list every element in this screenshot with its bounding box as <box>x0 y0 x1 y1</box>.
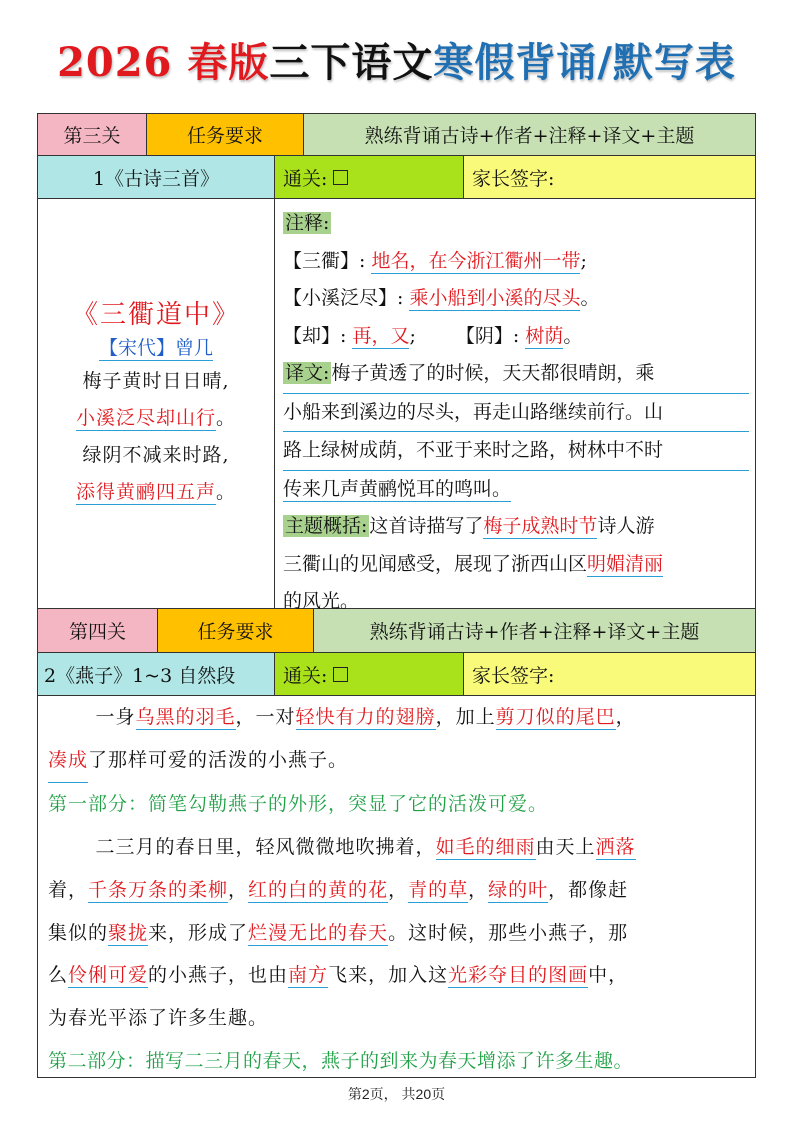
lesson-title: 2《燕子》1~3 自然段 <box>38 653 275 696</box>
poem-dynasty: 【宋代】 <box>99 337 175 361</box>
summary-2: 第二部分：描写二三月的春天，燕子的到来为春天增添了许多生趣。 <box>48 1040 747 1083</box>
paragraph-1: 一身乌黑的羽毛，一对轻快有力的翅膀，加上剪刀似的尾巴，凑成了那样可爱的活泼的小燕… <box>48 696 747 783</box>
level-label: 第三关 <box>38 114 147 156</box>
task-description: 熟练背诵古诗+作者+注释+译文+主题 <box>314 609 755 653</box>
pass-checkbox[interactable] <box>333 170 348 185</box>
translation-line: 传来几声黄鹂悦耳的鸣叫。 <box>283 471 749 509</box>
page-number: 第2页， 共20页 <box>0 1084 793 1104</box>
note-item: 【三衢】: 地名，在今浙江衢州一带; <box>283 243 749 281</box>
translation-line: 小船来到溪边的尽头，再走山路继续前行。山 <box>283 394 749 433</box>
poem-line: 梅子黄时日日晴, <box>38 363 274 400</box>
poem-author-name: 曾几 <box>175 337 213 361</box>
poem-title: 《三衢道中》 <box>38 297 274 333</box>
passage-block: 一身乌黑的羽毛，一对轻快有力的翅膀，加上剪刀似的尾巴，凑成了那样可爱的活泼的小燕… <box>38 696 755 1076</box>
task-description: 熟练背诵古诗+作者+注释+译文+主题 <box>304 114 755 156</box>
task-label: 任务要求 <box>147 114 304 156</box>
pass-checkbox[interactable] <box>333 667 348 682</box>
theme-line: 三衢山的见闻感受，展现了浙西山区明媚清丽 <box>283 546 749 584</box>
poem-line: 添得黄鹂四五声。 <box>38 474 274 511</box>
pass-checkbox-cell[interactable]: 通关: <box>275 156 464 199</box>
level-label: 第四关 <box>38 609 158 653</box>
task-label: 任务要求 <box>158 609 314 653</box>
notes-block: 注释: 【三衢】: 地名，在今浙江衢州一带; 【小溪泛尽】: 乘小船到小溪的尽头… <box>275 199 755 609</box>
poem-block: 《三衢道中》 【宋代】曾几 梅子黄时日日晴, 小溪泛尽却山行。 绿阴不减来时路,… <box>38 199 275 609</box>
title-sheet-name: 寒假背诵/默写表 <box>433 39 736 86</box>
summary-1: 第一部分：简笔勾勒燕子的外形，突显了它的活泼可爱。 <box>48 783 747 826</box>
title-grade-subject: 三下语文 <box>269 39 433 86</box>
poem-author: 【宋代】曾几 <box>38 333 274 363</box>
translation-label: 译文: <box>283 362 331 384</box>
lesson-title: 1《古诗三首》 <box>38 156 275 199</box>
pass-label: 通关: <box>283 164 327 191</box>
parent-signature-label: 家长签字: <box>472 661 554 688</box>
pass-checkbox-cell[interactable]: 通关: <box>275 653 464 696</box>
parent-signature-label: 家长签字: <box>472 164 554 191</box>
poem-line: 小溪泛尽却山行。 <box>38 400 274 437</box>
page-title: 2026 春版三下语文寒假背诵/默写表 <box>0 38 793 88</box>
note-item: 【小溪泛尽】: 乘小船到小溪的尽头。 <box>283 280 749 318</box>
translation-line: 译文:梅子黄透了的时候，天天都很晴朗，乘 <box>283 355 749 394</box>
note-item: 【却】: 再，又;【阴】: 树荫。 <box>283 318 749 356</box>
poem-line: 绿阴不减来时路, <box>38 437 274 474</box>
theme-label: 主题概括: <box>283 515 369 537</box>
title-year-edition: 2026 春版 <box>57 39 269 86</box>
theme-line: 主题概括:这首诗描写了梅子成熟时节诗人游 <box>283 508 749 546</box>
parent-signature-field[interactable]: 家长签字: <box>464 653 755 696</box>
parent-signature-field[interactable]: 家长签字: <box>464 156 755 199</box>
notes-label: 注释: <box>283 212 331 234</box>
pass-label: 通关: <box>283 661 327 688</box>
translation-line: 路上绿树成荫，不亚于来时之路，树林中不时 <box>283 432 749 471</box>
recitation-sheet: 第三关 任务要求 熟练背诵古诗+作者+注释+译文+主题 1《古诗三首》 通关: … <box>37 113 756 1078</box>
paragraph-2: 二三月的春日里，轻风微微地吹拂着，如毛的细雨由天上洒落着，千条万条的柔柳，红的白… <box>48 826 747 1040</box>
